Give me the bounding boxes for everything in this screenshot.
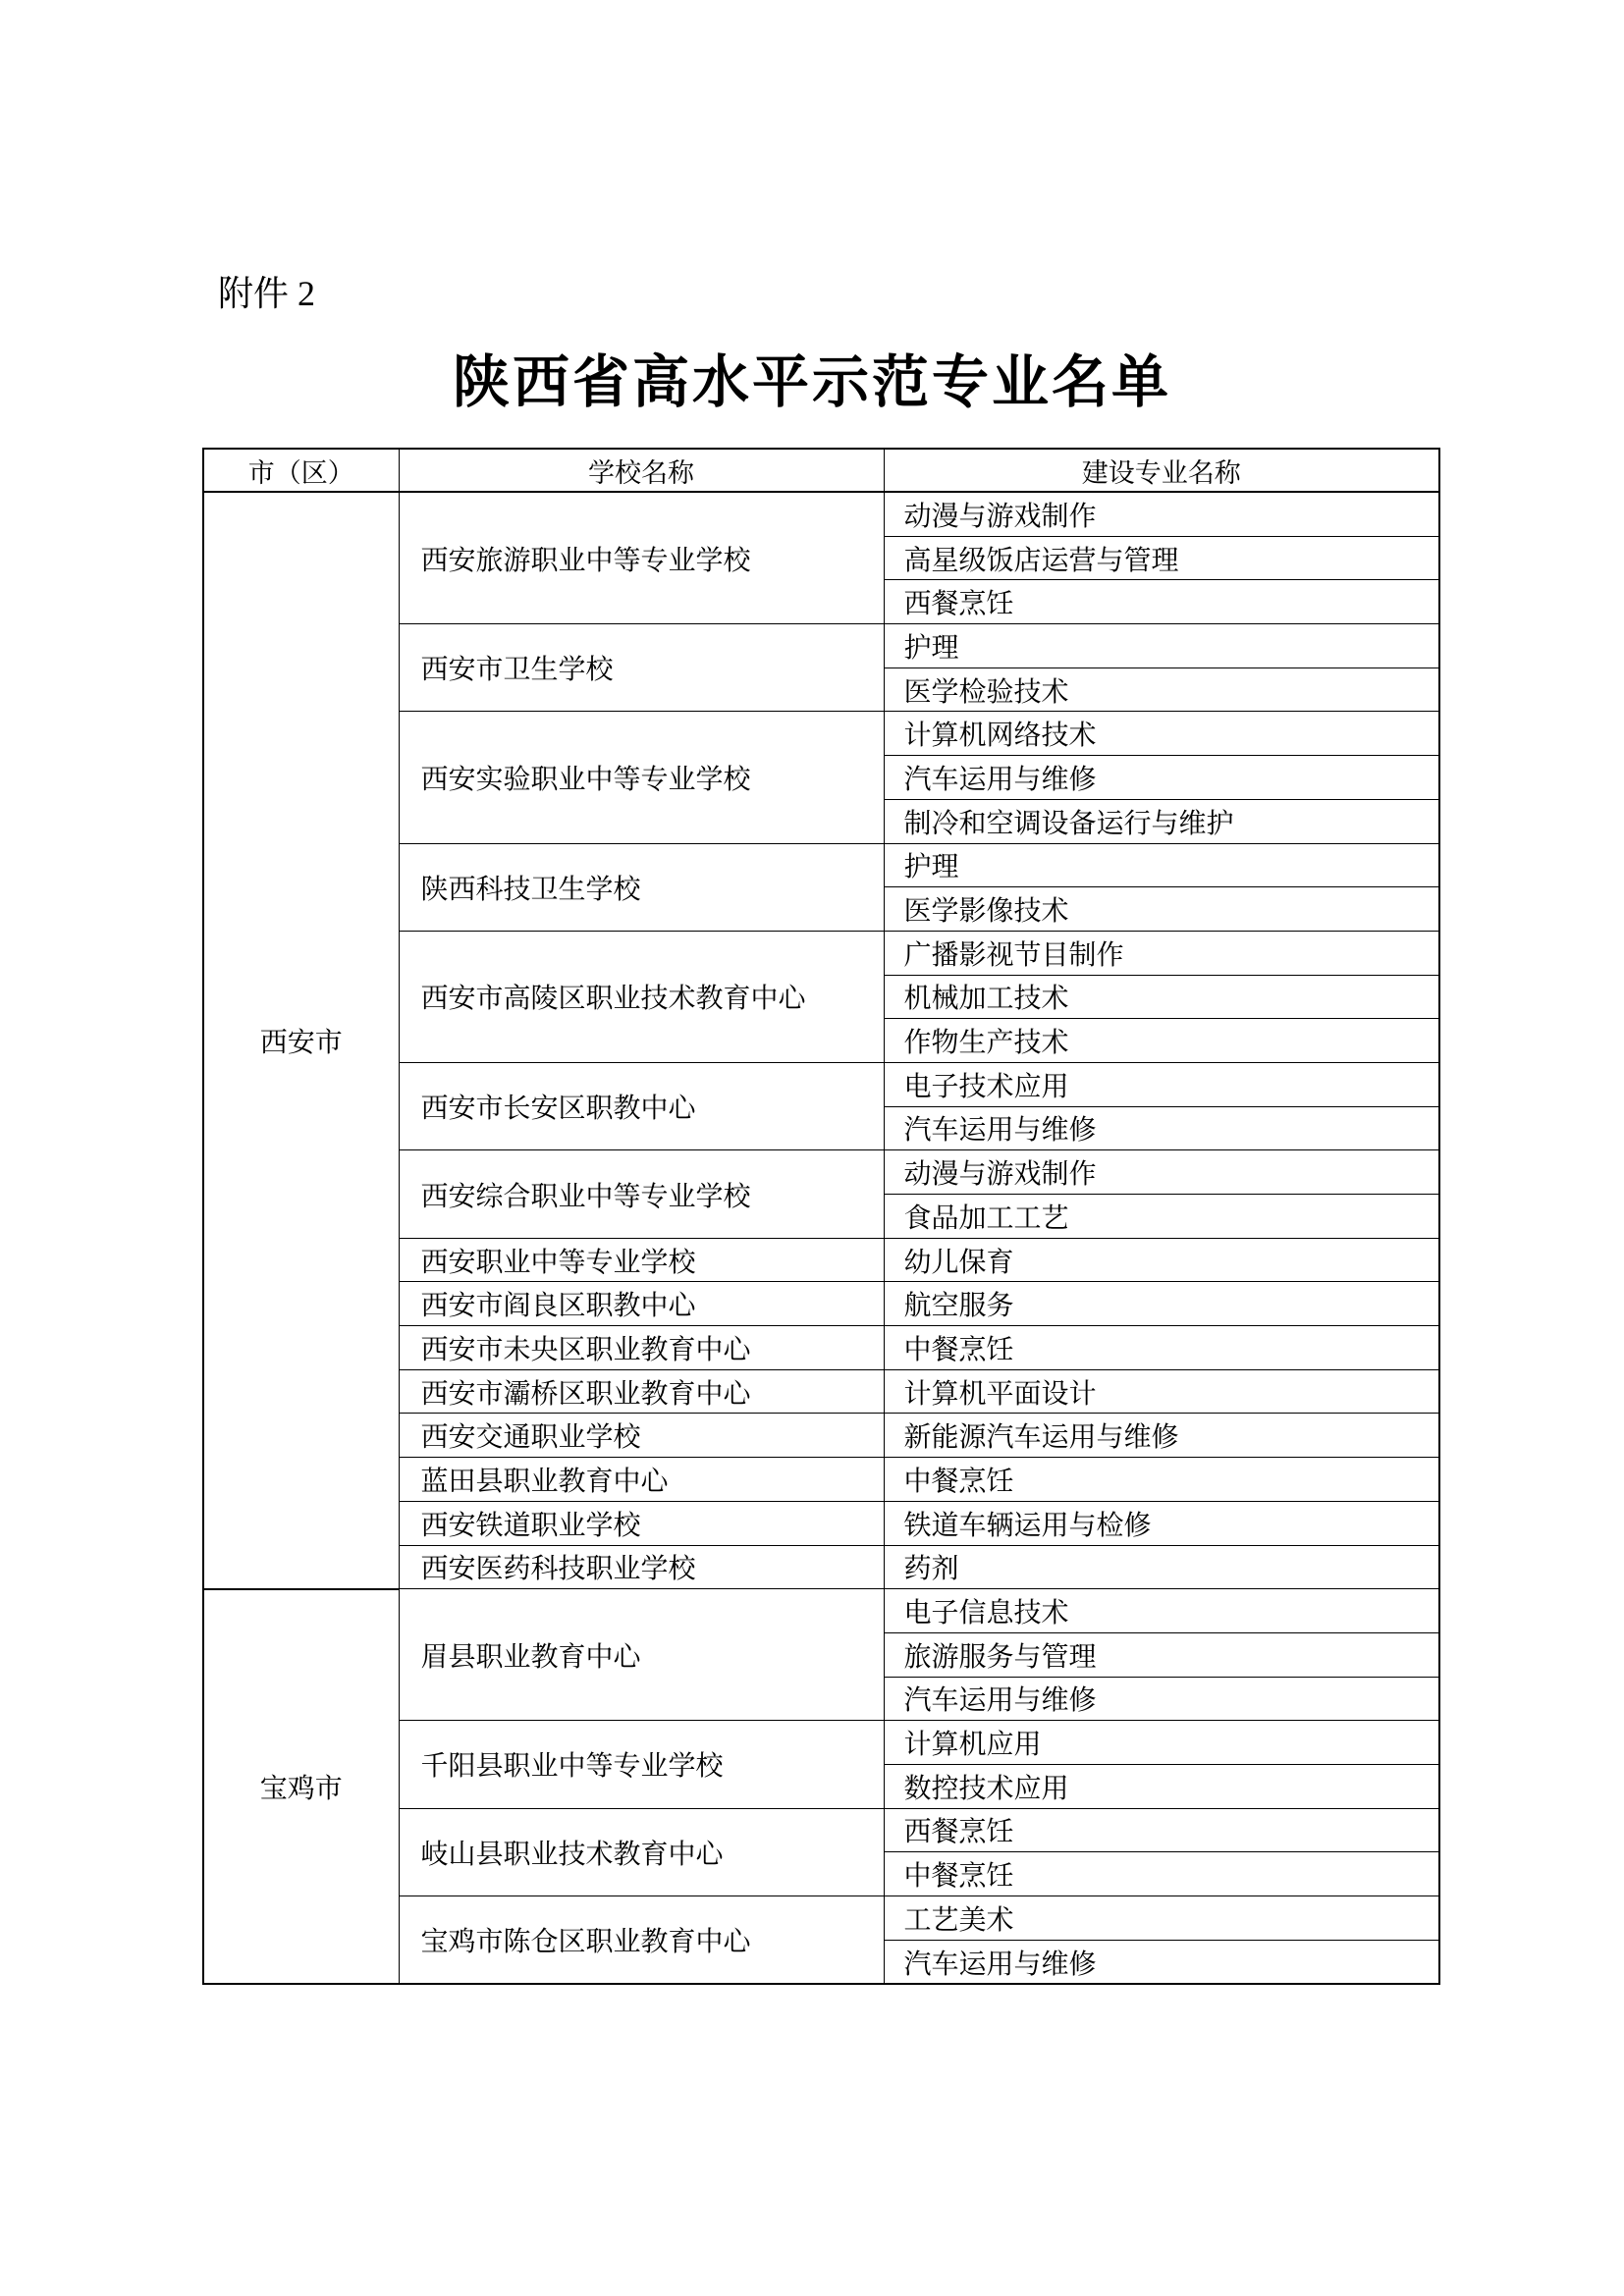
major-cell: 西餐烹饪: [884, 580, 1439, 624]
major-cell: 电子信息技术: [884, 1589, 1439, 1633]
major-cell: 高星级饭店运营与管理: [884, 536, 1439, 580]
school-cell: 千阳县职业中等专业学校: [399, 1721, 884, 1808]
school-cell: 蓝田县职业教育中心: [399, 1458, 884, 1502]
major-cell: 旅游服务与管理: [884, 1632, 1439, 1677]
header-major-name: 建设专业名称: [884, 449, 1439, 492]
major-cell: 工艺美术: [884, 1896, 1439, 1941]
major-cell: 医学检验技术: [884, 667, 1439, 712]
major-cell: 机械加工技术: [884, 975, 1439, 1019]
header-city-district: 市（区）: [203, 449, 399, 492]
school-cell: 西安实验职业中等专业学校: [399, 712, 884, 843]
major-cell: 广播影视节目制作: [884, 931, 1439, 975]
school-cell: 西安医药科技职业学校: [399, 1545, 884, 1589]
major-cell: 电子技术应用: [884, 1062, 1439, 1106]
document-page: 附件 2 陕西省高水平示范专业名单 市（区） 学校名称 建设专业名称 西安市西安…: [0, 0, 1624, 2296]
attachment-label: 附件 2: [218, 273, 315, 315]
major-cell: 汽车运用与维修: [884, 1940, 1439, 1984]
school-cell: 西安市高陵区职业技术教育中心: [399, 931, 884, 1062]
major-cell: 中餐烹饪: [884, 1458, 1439, 1502]
school-cell: 西安市长安区职教中心: [399, 1062, 884, 1149]
major-cell: 新能源汽车运用与维修: [884, 1414, 1439, 1458]
header-row: 市（区） 学校名称 建设专业名称: [203, 449, 1439, 492]
major-cell: 航空服务: [884, 1282, 1439, 1326]
major-cell: 铁道车辆运用与检修: [884, 1501, 1439, 1545]
table-row: 宝鸡市眉县职业教育中心电子信息技术: [203, 1589, 1439, 1633]
page-title: 陕西省高水平示范专业名单: [0, 346, 1624, 419]
school-cell: 岐山县职业技术教育中心: [399, 1808, 884, 1896]
major-cell: 医学影像技术: [884, 887, 1439, 932]
city-cell: 西安市: [203, 492, 399, 1589]
school-cell: 西安旅游职业中等专业学校: [399, 492, 884, 624]
school-cell: 西安职业中等专业学校: [399, 1238, 884, 1282]
school-cell: 西安市未央区职业教育中心: [399, 1326, 884, 1370]
major-cell: 作物生产技术: [884, 1019, 1439, 1063]
majors-table: 市（区） 学校名称 建设专业名称 西安市西安旅游职业中等专业学校动漫与游戏制作高…: [202, 448, 1440, 1985]
major-cell: 计算机平面设计: [884, 1369, 1439, 1414]
major-cell: 西餐烹饪: [884, 1808, 1439, 1852]
school-cell: 眉县职业教育中心: [399, 1589, 884, 1721]
major-cell: 计算机应用: [884, 1721, 1439, 1765]
school-cell: 西安市卫生学校: [399, 624, 884, 712]
major-cell: 中餐烹饪: [884, 1852, 1439, 1896]
major-cell: 动漫与游戏制作: [884, 1150, 1439, 1195]
major-cell: 计算机网络技术: [884, 712, 1439, 756]
school-cell: 西安市灞桥区职业教育中心: [399, 1369, 884, 1414]
header-school-name: 学校名称: [399, 449, 884, 492]
school-cell: 陕西科技卫生学校: [399, 843, 884, 931]
school-cell: 西安综合职业中等专业学校: [399, 1150, 884, 1238]
table-body: 西安市西安旅游职业中等专业学校动漫与游戏制作高星级饭店运营与管理西餐烹饪西安市卫…: [203, 492, 1439, 1984]
major-cell: 中餐烹饪: [884, 1326, 1439, 1370]
major-cell: 幼儿保育: [884, 1238, 1439, 1282]
school-cell: 西安市阎良区职教中心: [399, 1282, 884, 1326]
major-cell: 汽车运用与维修: [884, 1106, 1439, 1150]
major-cell: 动漫与游戏制作: [884, 492, 1439, 536]
major-cell: 汽车运用与维修: [884, 1677, 1439, 1721]
major-cell: 食品加工工艺: [884, 1195, 1439, 1239]
major-cell: 药剂: [884, 1545, 1439, 1589]
table-header: 市（区） 学校名称 建设专业名称: [203, 449, 1439, 492]
major-cell: 护理: [884, 843, 1439, 887]
school-cell: 西安铁道职业学校: [399, 1501, 884, 1545]
school-cell: 西安交通职业学校: [399, 1414, 884, 1458]
major-cell: 制冷和空调设备运行与维护: [884, 799, 1439, 843]
table-row: 西安市西安旅游职业中等专业学校动漫与游戏制作: [203, 492, 1439, 536]
major-cell: 护理: [884, 624, 1439, 668]
city-cell: 宝鸡市: [203, 1589, 399, 1985]
major-cell: 汽车运用与维修: [884, 756, 1439, 800]
major-cell: 数控技术应用: [884, 1764, 1439, 1808]
school-cell: 宝鸡市陈仓区职业教育中心: [399, 1896, 884, 1985]
